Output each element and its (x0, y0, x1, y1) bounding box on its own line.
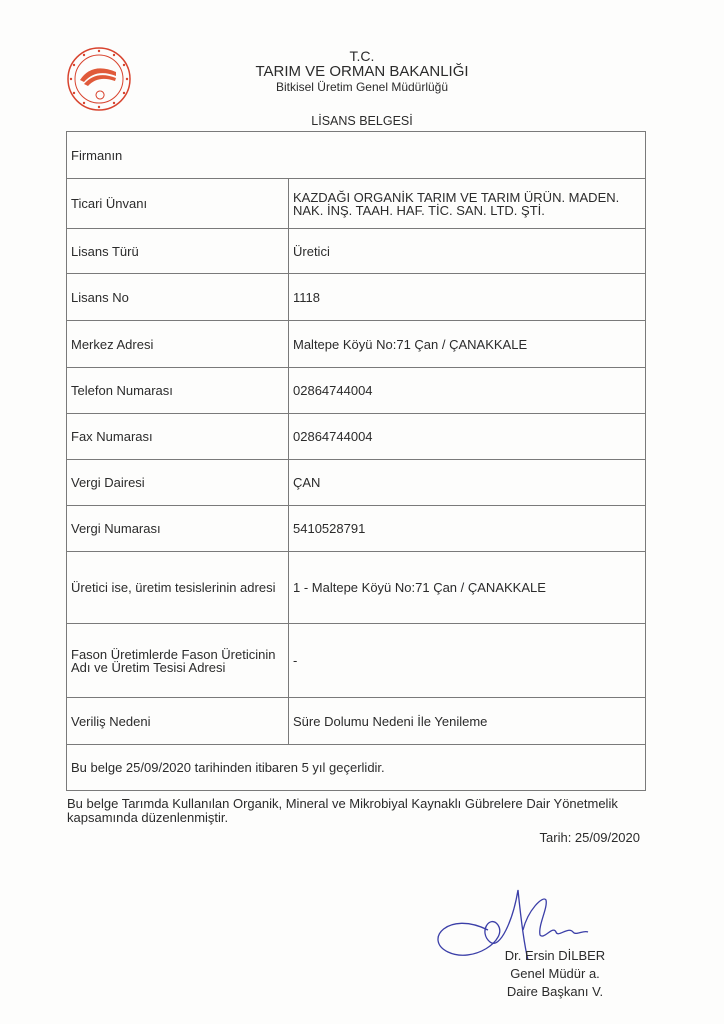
table-row-validity: Bu belge 25/09/2020 tarihinden itibaren … (67, 745, 646, 791)
row-value: Süre Dolumu Nedeni İle Yenileme (289, 698, 646, 745)
table-row: Fason Üretimlerde Fason Üreticinin Adı v… (67, 624, 646, 698)
row-label: Merkez Adresi (67, 321, 289, 368)
ministry-emblem-icon (64, 44, 134, 114)
section-label: Firmanın (67, 132, 646, 179)
signatory-title-1: Genel Müdür a. (470, 965, 640, 983)
directorate-name: Bitkisel Üretim Genel Müdürlüğü (150, 80, 574, 94)
table-row-section: Firmanın (67, 132, 646, 179)
row-value: Maltepe Köyü No:71 Çan / ÇANAKKALE (289, 321, 646, 368)
row-label: Telefon Numarası (67, 368, 289, 414)
signatory-name: Dr. Ersin DİLBER (470, 947, 640, 965)
row-label: Lisans No (67, 274, 289, 321)
validity-statement: Bu belge 25/09/2020 tarihinden itibaren … (67, 745, 646, 791)
row-label: Fax Numarası (67, 414, 289, 460)
ministry-name: TARIM VE ORMAN BAKANLIĞI (150, 63, 574, 80)
table-row: Vergi Dairesi ÇAN (67, 460, 646, 506)
regulation-note: Bu belge Tarımda Kullanılan Organik, Min… (67, 797, 647, 825)
table-row: Merkez Adresi Maltepe Köyü No:71 Çan / Ç… (67, 321, 646, 368)
row-label: Vergi Dairesi (67, 460, 289, 506)
row-value: ÇAN (289, 460, 646, 506)
license-table: Firmanın Ticari Ünvanı KAZDAĞI ORGANİK T… (66, 131, 646, 791)
table-row: Lisans Türü Üretici (67, 229, 646, 274)
signatory-block: Dr. Ersin DİLBER Genel Müdür a. Daire Ba… (470, 947, 640, 1001)
signatory-title-2: Daire Başkanı V. (470, 983, 640, 1001)
table-row: Fax Numarası 02864744004 (67, 414, 646, 460)
table-row: Üretici ise, üretim tesislerinin adresi … (67, 552, 646, 624)
row-label: Lisans Türü (67, 229, 289, 274)
row-label: Üretici ise, üretim tesislerinin adresi (67, 552, 289, 624)
row-value: 1 - Maltepe Köyü No:71 Çan / ÇANAKKALE (289, 552, 646, 624)
row-label: Ticari Ünvanı (67, 179, 289, 229)
row-value: 5410528791 (289, 506, 646, 552)
row-value: 1118 (289, 274, 646, 321)
row-label: Veriliş Nedeni (67, 698, 289, 745)
table-row: Ticari Ünvanı KAZDAĞI ORGANİK TARIM VE T… (67, 179, 646, 229)
table-row: Telefon Numarası 02864744004 (67, 368, 646, 414)
issue-date: Tarih: 25/09/2020 (500, 830, 640, 845)
row-value: Üretici (289, 229, 646, 274)
row-value: 02864744004 (289, 368, 646, 414)
row-value: - (289, 624, 646, 698)
table-row: Vergi Numarası 5410528791 (67, 506, 646, 552)
document-title: LİSANS BELGESİ (150, 114, 574, 128)
table-row: Lisans No 1118 (67, 274, 646, 321)
table-row: Veriliş Nedeni Süre Dolumu Nedeni İle Ye… (67, 698, 646, 745)
row-value: 02864744004 (289, 414, 646, 460)
header-tc: T.C. (150, 48, 574, 64)
row-value: KAZDAĞI ORGANİK TARIM VE TARIM ÜRÜN. MAD… (289, 179, 646, 229)
row-label: Fason Üretimlerde Fason Üreticinin Adı v… (67, 624, 289, 698)
row-label: Vergi Numarası (67, 506, 289, 552)
